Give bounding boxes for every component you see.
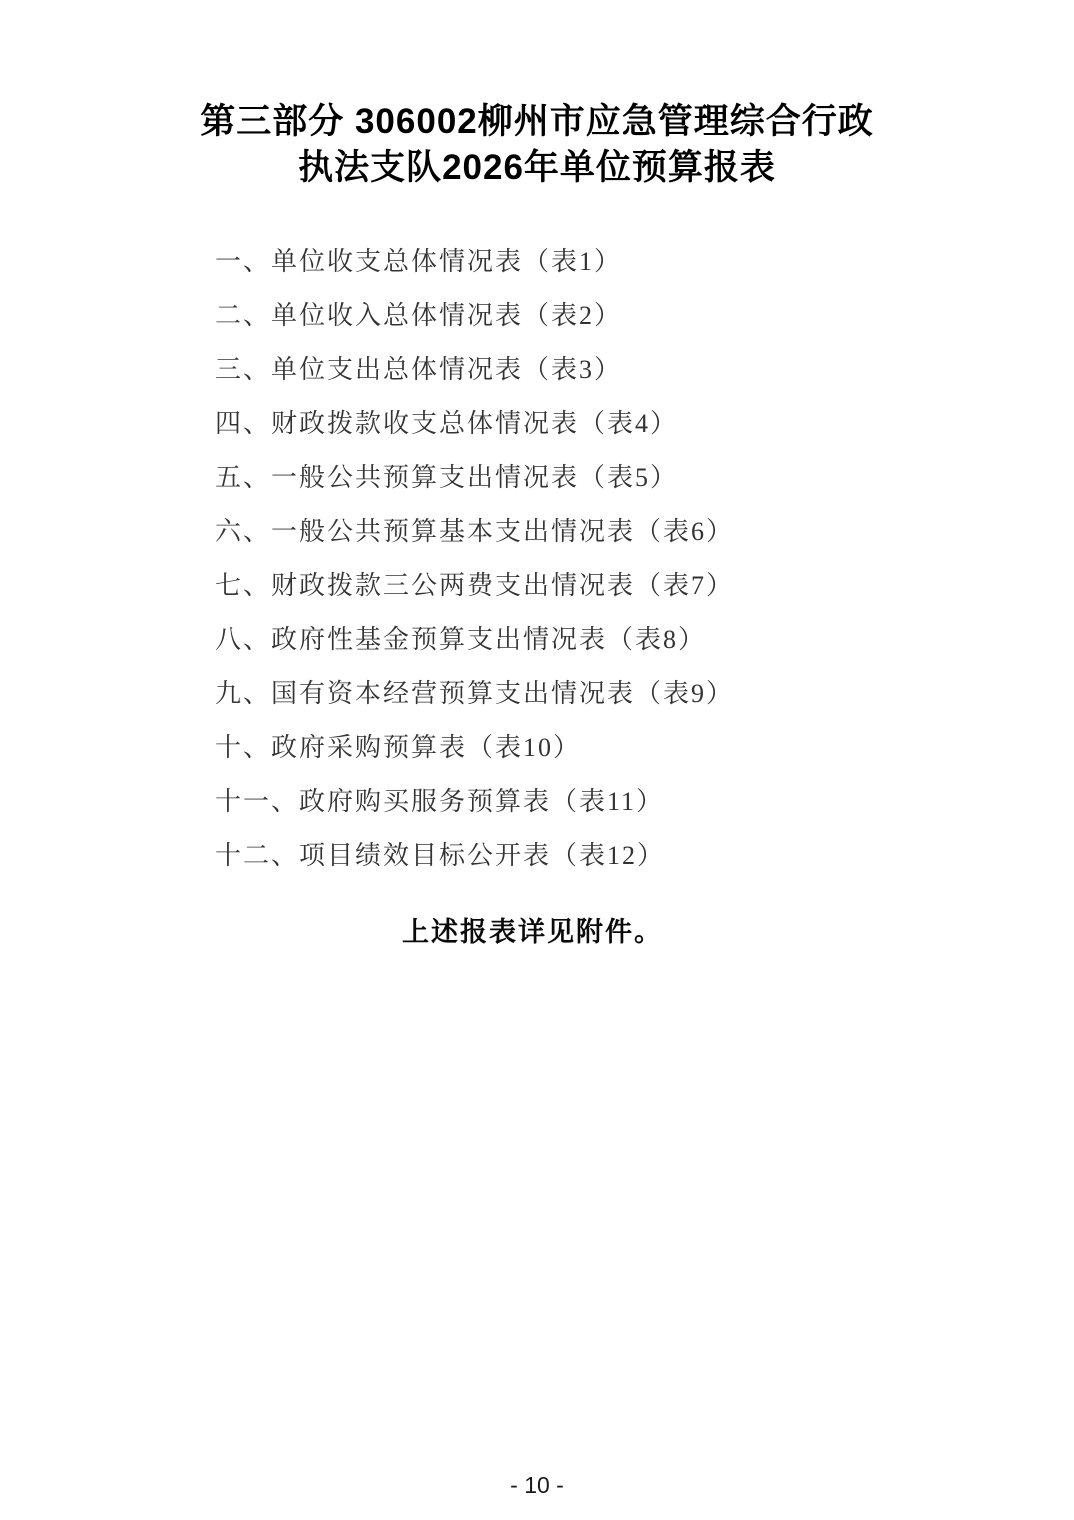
toc-item-table5: 五、一般公共预算支出情况表（表5） <box>215 451 734 505</box>
toc-item-table1: 一、单位收支总体情况表（表1） <box>215 235 734 289</box>
page-title: 第三部分 306002柳州市应急管理综合行政 执法支队2026年单位预算报表 <box>0 99 1074 191</box>
toc-item-table8: 八、政府性基金预算支出情况表（表8） <box>215 613 734 667</box>
toc-item-table2: 二、单位收入总体情况表（表2） <box>215 289 734 343</box>
page-footer: - 10 - <box>0 1472 1074 1499</box>
toc-item-table4: 四、财政拨款收支总体情况表（表4） <box>215 397 734 451</box>
toc-item-table10: 十、政府采购预算表（表10） <box>215 721 734 775</box>
page-title-line-2: 执法支队2026年单位预算报表 <box>0 145 1074 191</box>
page-title-line-1: 第三部分 306002柳州市应急管理综合行政 <box>0 99 1074 145</box>
toc-item-table3: 三、单位支出总体情况表（表3） <box>215 343 734 397</box>
toc-item-table6: 六、一般公共预算基本支出情况表（表6） <box>215 505 734 559</box>
toc-item-table11: 十一、政府购买服务预算表（表11） <box>215 775 734 829</box>
toc-item-table12: 十二、项目绩效目标公开表（表12） <box>215 829 734 883</box>
document-page: 第三部分 306002柳州市应急管理综合行政 执法支队2026年单位预算报表 一… <box>0 0 1074 1520</box>
toc-item-table9: 九、国有资本经营预算支出情况表（表9） <box>215 667 734 721</box>
attachment-note: 上述报表详见附件。 <box>402 912 663 952</box>
page-number: - 10 - <box>510 1472 564 1498</box>
toc-item-table7: 七、财政拨款三公两费支出情况表（表7） <box>215 559 734 613</box>
table-of-contents: 一、单位收支总体情况表（表1） 二、单位收入总体情况表（表2） 三、单位支出总体… <box>215 235 734 883</box>
